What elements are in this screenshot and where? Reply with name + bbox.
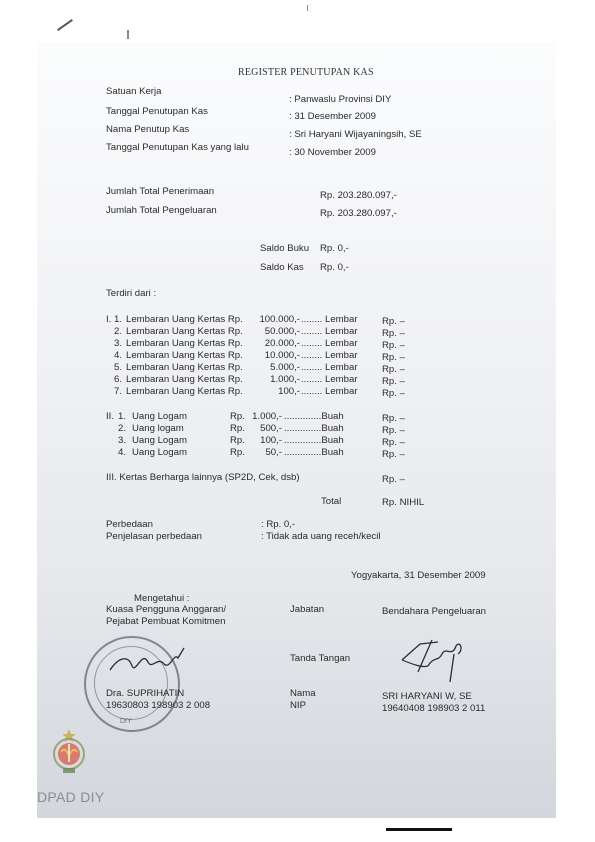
row-description: Lembaran Uang Kertas Rp. <box>126 362 243 373</box>
row-currency: Rp. <box>230 447 245 458</box>
perbedaan-value: : Rp. 0,- <box>261 519 295 530</box>
row-number: 4. <box>114 350 122 361</box>
row-unit: ........ Lembar <box>301 350 358 361</box>
row-number: 6. <box>114 374 122 385</box>
section-prefix: I. <box>106 314 111 325</box>
row-description: Uang Logam <box>132 447 187 458</box>
row-denomination: 500,- <box>246 423 282 434</box>
left-role-line1: Kuasa Pengguna Anggaran/ <box>106 604 226 615</box>
row-denomination: 1.000,- <box>246 411 282 422</box>
row-amount: Rp. – <box>382 352 405 363</box>
row-denomination: 1.000,- <box>248 374 300 385</box>
right-signer-nip: 19640408 198903 2 011 <box>382 703 485 714</box>
penjelasan-value: : Tidak ada uang receh/kecil <box>261 531 380 542</box>
row-unit: ........ Lembar <box>301 374 358 385</box>
row-amount: Rp. – <box>382 437 405 448</box>
row-amount: Rp. – <box>382 316 405 327</box>
row-amount: Rp. – <box>382 449 405 460</box>
scan-mark <box>127 30 129 39</box>
saldo-value: Rp. 0,- <box>320 243 349 254</box>
grand-total-value: Rp. NIHIL <box>382 497 424 508</box>
row-unit: ........ Lembar <box>301 362 358 373</box>
section-prefix: II. <box>106 411 114 422</box>
document-title: REGISTER PENUTUPAN KAS <box>238 67 374 78</box>
row-unit: ........ Lembar <box>301 386 358 397</box>
field-label: Tanggal Penutupan Kas <box>106 106 208 117</box>
saldo-value: Rp. 0,- <box>320 262 349 273</box>
row-unit: ..............Buah <box>284 447 344 458</box>
row-denomination: 50,- <box>246 447 282 458</box>
row-number: 1. <box>114 314 122 325</box>
saldo-label: Saldo Buku <box>260 243 309 254</box>
section-securities-amount: Rp. – <box>382 474 405 485</box>
row-number: 2. <box>118 423 126 434</box>
row-denomination: 10.000,- <box>248 350 300 361</box>
page-divider <box>386 828 452 831</box>
row-unit: ........ Lembar <box>301 314 358 325</box>
row-currency: Rp. <box>230 435 245 446</box>
row-description: Lembaran Uang Kertas Rp. <box>126 314 243 325</box>
field-value: : Panwaslu Provinsi DIY <box>289 94 391 105</box>
row-number: 3. <box>114 338 122 349</box>
total-label: Jumlah Total Pengeluaran <box>106 205 217 216</box>
row-denomination: 100,- <box>248 386 300 397</box>
row-description: Uang Logam <box>132 435 187 446</box>
scan-mark <box>307 5 308 11</box>
row-description: Lembaran Uang Kertas Rp. <box>126 338 243 349</box>
total-label: Jumlah Total Penerimaan <box>106 186 214 197</box>
right-signer-name: SRI HARYANI W, SE <box>382 691 472 702</box>
left-signature-icon <box>108 644 188 680</box>
field-label: Tanggal Penutupan Kas yang lalu <box>106 142 249 153</box>
row-description: Lembaran Uang Kertas Rp. <box>126 350 243 361</box>
row-currency: Rp. <box>230 411 245 422</box>
field-label: Nama Penutup Kas <box>106 124 189 135</box>
row-number: 7. <box>114 386 122 397</box>
row-description: Lembaran Uang Kertas Rp. <box>126 374 243 385</box>
left-signer-name: Dra. SUPRIHATIN <box>106 688 184 699</box>
row-amount: Rp. – <box>382 328 405 339</box>
left-role-line2: Pejabat Pembuat Komitmen <box>106 616 225 627</box>
field-value: : 30 November 2009 <box>289 147 376 158</box>
row-number: 5. <box>114 362 122 373</box>
row-description: Lembaran Uang Kertas Rp. <box>126 326 243 337</box>
mengetahui-label: Mengetahui : <box>134 593 189 604</box>
total-value: Rp. 203.280.097,- <box>320 190 397 201</box>
total-value: Rp. 203.280.097,- <box>320 208 397 219</box>
provincial-crest-icon <box>51 728 87 776</box>
watermark-text: DPAD DIY <box>37 789 105 805</box>
row-amount: Rp. – <box>382 340 405 351</box>
row-amount: Rp. – <box>382 413 405 424</box>
row-currency: Rp. <box>230 423 245 434</box>
right-signature-icon <box>398 636 468 686</box>
row-description: Lembaran Uang Kertas Rp. <box>126 386 243 397</box>
perbedaan-label: Perbedaan <box>106 519 153 530</box>
row-amount: Rp. – <box>382 388 405 399</box>
grand-total-label: Total <box>321 496 341 507</box>
scan-mark <box>57 19 73 31</box>
jabatan-label: Jabatan <box>290 604 324 615</box>
row-denomination: 5.000,- <box>248 362 300 373</box>
field-value: : Sri Haryani Wijayaningsih, SE <box>289 129 422 140</box>
row-number: 2. <box>114 326 122 337</box>
section-securities-label: III. Kertas Berharga lainnya (SP2D, Cek,… <box>106 472 300 483</box>
right-role: Bendahara Pengeluaran <box>382 606 486 617</box>
tanda-tangan-label: Tanda Tangan <box>290 653 350 664</box>
field-value: : 31 Desember 2009 <box>289 111 376 122</box>
row-unit: ..............Buah <box>284 435 344 446</box>
saldo-label: Saldo Kas <box>260 262 304 273</box>
row-denomination: 50.000,- <box>248 326 300 337</box>
row-number: 1. <box>118 411 126 422</box>
row-number: 4. <box>118 447 126 458</box>
left-signer-nip: 19630803 198903 2 008 <box>106 700 210 711</box>
row-denomination: 20.000,- <box>248 338 300 349</box>
nip-label: NIP <box>290 700 306 711</box>
terdiri-dari-label: Terdiri dari : <box>106 288 156 299</box>
row-unit: ........ Lembar <box>301 326 358 337</box>
row-amount: Rp. – <box>382 425 405 436</box>
row-description: Uang logam <box>132 423 184 434</box>
row-number: 3. <box>118 435 126 446</box>
row-unit: ..............Buah <box>284 423 344 434</box>
row-denomination: 100,- <box>246 435 282 446</box>
place-date: Yogyakarta, 31 Desember 2009 <box>351 570 486 581</box>
row-amount: Rp. – <box>382 376 405 387</box>
stamp-bottom-text: DIY <box>120 718 132 725</box>
nama-label: Nama <box>290 688 316 699</box>
row-denomination: 100.000,- <box>248 314 300 325</box>
penjelasan-label: Penjelasan perbedaan <box>106 531 202 542</box>
row-unit: ........ Lembar <box>301 338 358 349</box>
row-description: Uang Logam <box>132 411 187 422</box>
field-label: Satuan Kerja <box>106 86 161 97</box>
row-unit: ..............Buah <box>284 411 344 422</box>
row-amount: Rp. – <box>382 364 405 375</box>
